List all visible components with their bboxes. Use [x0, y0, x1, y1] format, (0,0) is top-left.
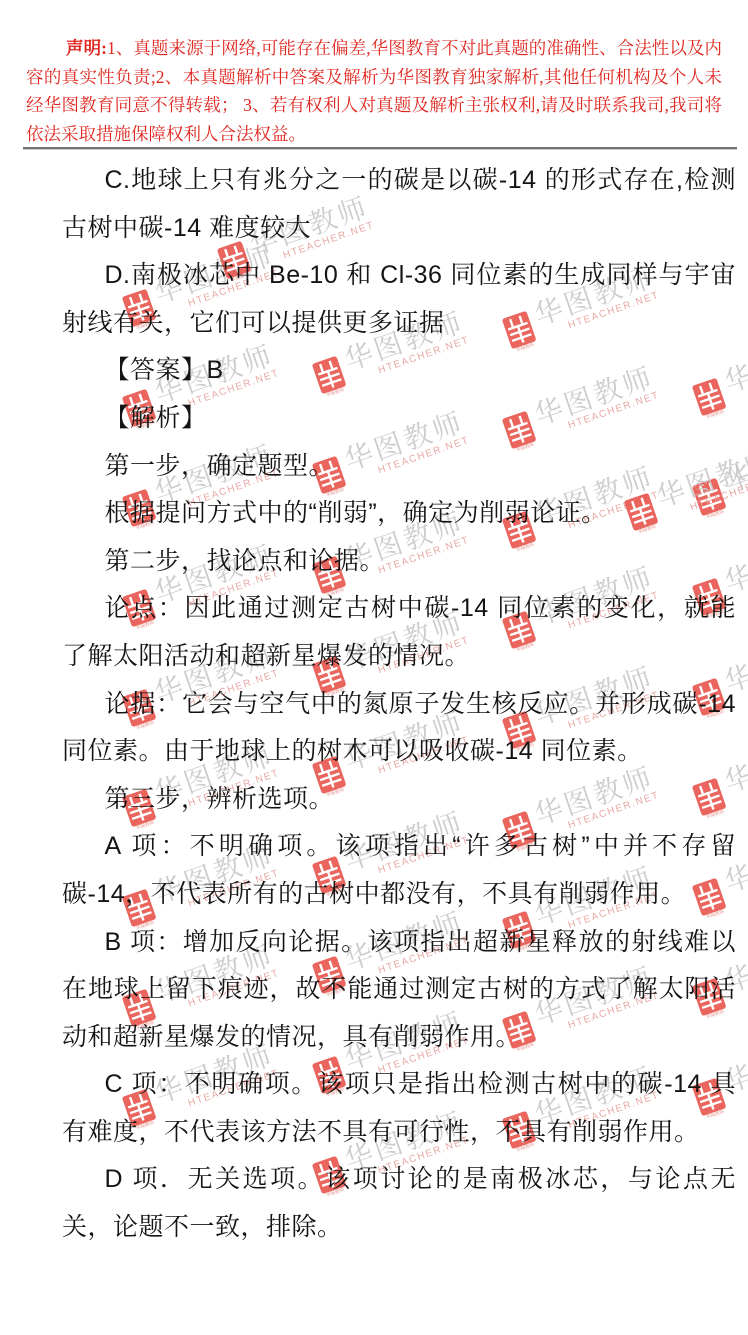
disclaimer-line: 依法采取措施保障权利人合法权益。	[26, 120, 722, 149]
disclaimer-line: 容的真实性负责;2、本真题解析中答案及解析为华图教育独家解析,其他任何机构及个人…	[26, 63, 722, 92]
disclaimer: 声明:1、真题来源于网络,可能存在偏差,华图教育不对此真题的准确性、合法性以及内…	[26, 34, 722, 148]
analysis-paragraph: A 项：不明确项。该项指出“许多古树”中并不存留碳-14，不代表所有的古树中都没…	[62, 823, 736, 918]
analysis-paragraph: 第三步，辨析选项。	[62, 776, 736, 824]
analysis-paragraph: 根据提问方式中的“削弱”，确定为削弱论证。	[62, 490, 736, 538]
analysis-paragraph: 第一步，确定题型。	[62, 443, 736, 491]
disclaimer-text: 1、真题来源于网络,可能存在偏差,华图教育不对此真题的准确性、合法性以及内	[107, 38, 722, 58]
disclaimer-line: 声明:1、真题来源于网络,可能存在偏差,华图教育不对此真题的准确性、合法性以及内	[26, 34, 722, 63]
option-c: C.地球上只有兆分之一的碳是以碳-14 的形式存在,检测古树中碳-14 难度较大	[62, 157, 736, 252]
document-page: 华图教师华图教师HTEACHER.NET华图教师华图教师HTEACHER.NET…	[0, 0, 748, 1335]
analysis-paragraph: 论据：它会与空气中的氮原子发生核反应。并形成碳-14 同位素。由于地球上的树木可…	[62, 681, 736, 776]
disclaimer-line: 经华图教育同意不得转载； 3、若有权利人对真题及解析主张权利,请及时联系我司,我…	[26, 91, 722, 120]
answer-analysis-content: C.地球上只有兆分之一的碳是以碳-14 的形式存在,检测古树中碳-14 难度较大…	[62, 157, 736, 1252]
analysis-paragraph: D 项．无关选项。该项讨论的是南极冰芯，与论点无关，论题不一致，排除。	[62, 1156, 736, 1251]
analysis-paragraph: C 项：不明确项。该项只是指出检测古树中的碳-14 具有难度，不代表该方法不具有…	[62, 1061, 736, 1156]
analysis-paragraph: 第二步，找论点和论据。	[62, 538, 736, 586]
header-divider	[23, 147, 737, 150]
analysis-heading: 【解析】	[62, 395, 736, 443]
analysis-paragraph: B 项：增加反向论据。该项指出超新星释放的射线难以在地球上留下痕迹，故不能通过测…	[62, 919, 736, 1062]
option-d: D.南极冰芯中 Be-10 和 Cl-36 同位素的生成同样与宇宙射线有关，它们…	[62, 252, 736, 347]
disclaimer-lead: 声明:	[66, 38, 107, 58]
answer-line: 【答案】B	[62, 347, 736, 395]
analysis-paragraph: 论点：因此通过测定古树中碳-14 同位素的变化，就能了解太阳活动和超新星爆发的情…	[62, 585, 736, 680]
